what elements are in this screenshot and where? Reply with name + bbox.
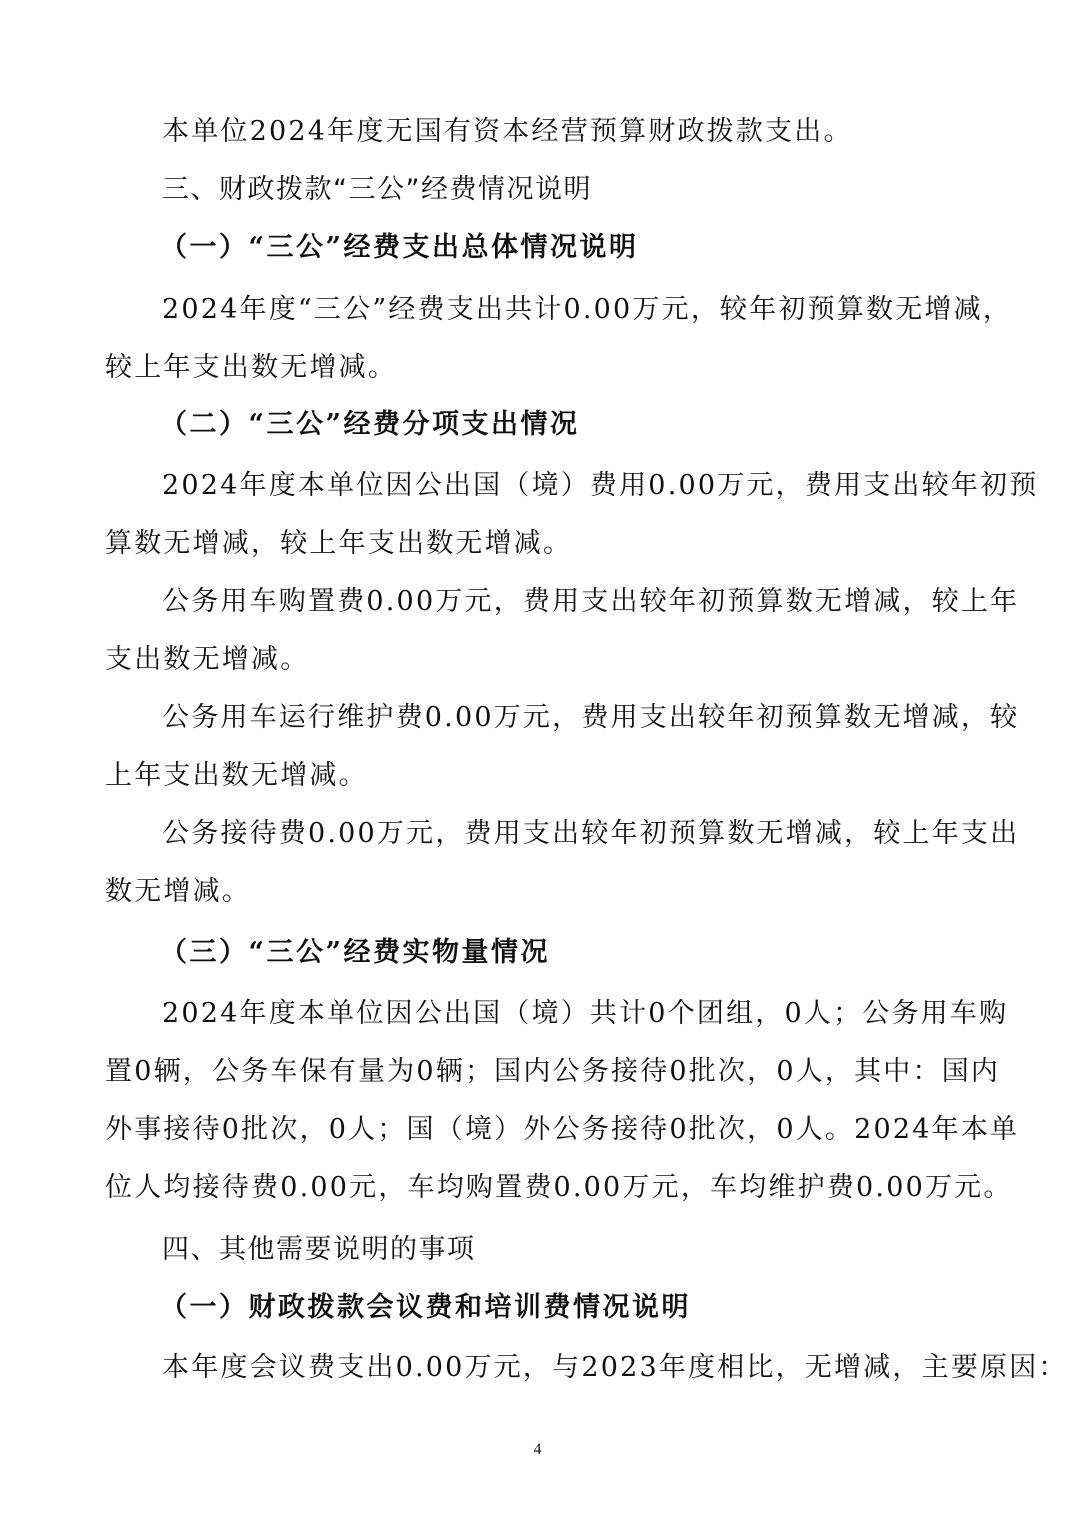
paragraph-total-expenses-line2: 较上年支出数无增减。 <box>105 348 975 388</box>
paragraph-abroad-expenses-line2: 算数无增减，较上年支出数无增减。 <box>105 524 975 564</box>
paragraph-total-expenses-line1: 2024年度“三公”经费支出共计0.00万元，较年初预算数无增减， <box>162 290 977 330</box>
paragraph-car-maintenance-line2: 上年支出数无增减。 <box>105 756 975 796</box>
paragraph-car-purchase-line1: 公务用车购置费0.00万元，费用支出较年初预算数无增减，较上年 <box>162 582 977 622</box>
paragraph-physical-line1: 2024年度本单位因公出国（境）共计0个团组，0人；公务用车购 <box>162 994 977 1034</box>
subheading-meeting-training-fees: （一）财政拨款会议费和培训费情况说明 <box>160 1288 1030 1328</box>
subheading-physical-quantities: （三）“三公”经费实物量情况 <box>160 933 1030 973</box>
paragraph-reception-line2: 数无增减。 <box>105 872 975 912</box>
paragraph-car-maintenance-line1: 公务用车运行维护费0.00万元，费用支出较年初预算数无增减，较 <box>162 698 977 738</box>
subheading-overall-expenses: （一）“三公”经费支出总体情况说明 <box>160 228 1030 268</box>
section-heading-three-public-expenses: 三、财政拨款“三公”经费情况说明 <box>162 170 977 210</box>
paragraph-state-capital-budget: 本单位2024年度无国有资本经营预算财政拨款支出。 <box>162 112 977 152</box>
paragraph-reception-line1: 公务接待费0.00万元，费用支出较年初预算数无增减，较上年支出 <box>162 814 977 854</box>
paragraph-physical-line3: 外事接待0批次，0人；国（境）外公务接待0批次，0人。2024年本单 <box>105 1110 975 1150</box>
paragraph-car-purchase-line2: 支出数无增减。 <box>105 640 975 680</box>
paragraph-abroad-expenses-line1: 2024年度本单位因公出国（境）费用0.00万元，费用支出较年初预 <box>162 466 977 506</box>
section-heading-other-matters: 四、其他需要说明的事项 <box>162 1230 977 1270</box>
subheading-itemized-expenses: （二）“三公”经费分项支出情况 <box>160 405 1030 445</box>
paragraph-meeting-fees-line1: 本年度会议费支出0.00万元，与2023年度相比，无增减，主要原因： <box>162 1348 977 1388</box>
paragraph-physical-line2: 置0辆，公务车保有量为0辆；国内公务接待0批次，0人，其中：国内 <box>105 1052 975 1092</box>
page-number: 4 <box>0 1440 1075 1460</box>
paragraph-physical-line4: 位人均接待费0.00元，车均购置费0.00万元，车均维护费0.00万元。 <box>105 1168 975 1208</box>
document-page: 本单位2024年度无国有资本经营预算财政拨款支出。 三、财政拨款“三公”经费情况… <box>0 0 1075 1520</box>
